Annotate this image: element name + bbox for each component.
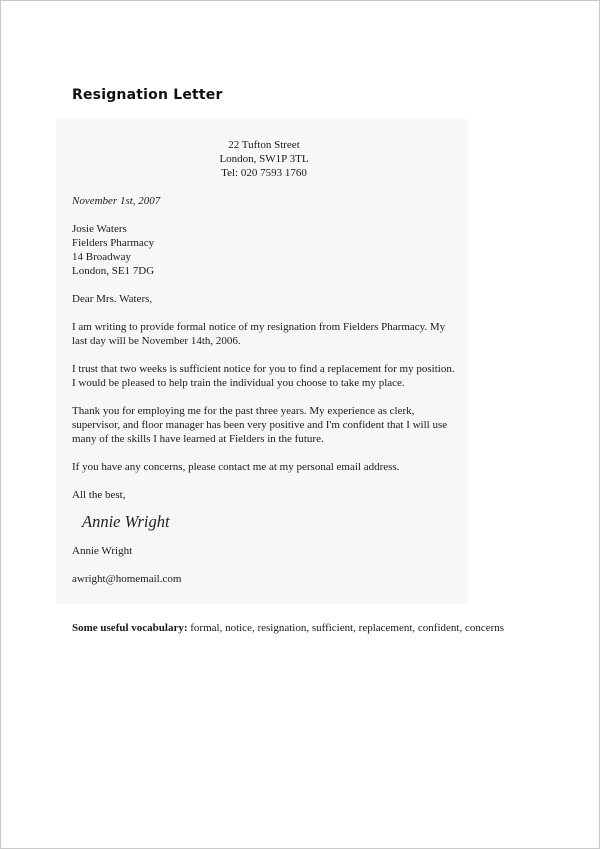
vocabulary-note: Some useful vocabulary: formal, notice, … bbox=[72, 621, 524, 635]
letter-paragraph: I trust that two weeks is sufficient not… bbox=[72, 362, 456, 390]
letter-body: 22 Tufton Street London, SW1P 3TL Tel: 0… bbox=[56, 119, 468, 604]
closing: All the best, bbox=[72, 488, 456, 502]
salutation: Dear Mrs. Waters, bbox=[72, 292, 456, 306]
sender-address-line: Tel: 020 7593 1760 bbox=[72, 166, 456, 180]
vocabulary-label: Some useful vocabulary: bbox=[72, 622, 188, 634]
sender-address-line: 22 Tufton Street bbox=[72, 138, 456, 152]
sender-address-line: London, SW1P 3TL bbox=[72, 152, 456, 166]
page: { "page": { "title": "Resignation Letter… bbox=[0, 0, 600, 849]
recipient-company: Fielders Pharmacy bbox=[72, 236, 456, 250]
letter-paragraph: I am writing to provide formal notice of… bbox=[72, 320, 456, 348]
recipient-name: Josie Waters bbox=[72, 222, 456, 236]
handwritten-signature: Annie Wright bbox=[82, 511, 456, 533]
email-address: awright@homemail.com bbox=[72, 572, 456, 586]
page-title: Resignation Letter bbox=[72, 87, 599, 104]
letter-paragraph: Thank you for employing me for the past … bbox=[72, 404, 456, 446]
recipient-address-line: 14 Broadway bbox=[72, 250, 456, 264]
recipient-address-line: London, SE1 7DG bbox=[72, 264, 456, 278]
letter-paragraph: If you have any concerns, please contact… bbox=[72, 460, 456, 474]
vocabulary-words: formal, notice, resignation, sufficient,… bbox=[188, 622, 505, 634]
typed-name: Annie Wright bbox=[72, 544, 456, 558]
recipient-address: Josie Waters Fielders Pharmacy 14 Broadw… bbox=[72, 222, 456, 278]
letter-date: November 1st, 2007 bbox=[72, 194, 456, 208]
sender-address: 22 Tufton Street London, SW1P 3TL Tel: 0… bbox=[72, 138, 456, 180]
